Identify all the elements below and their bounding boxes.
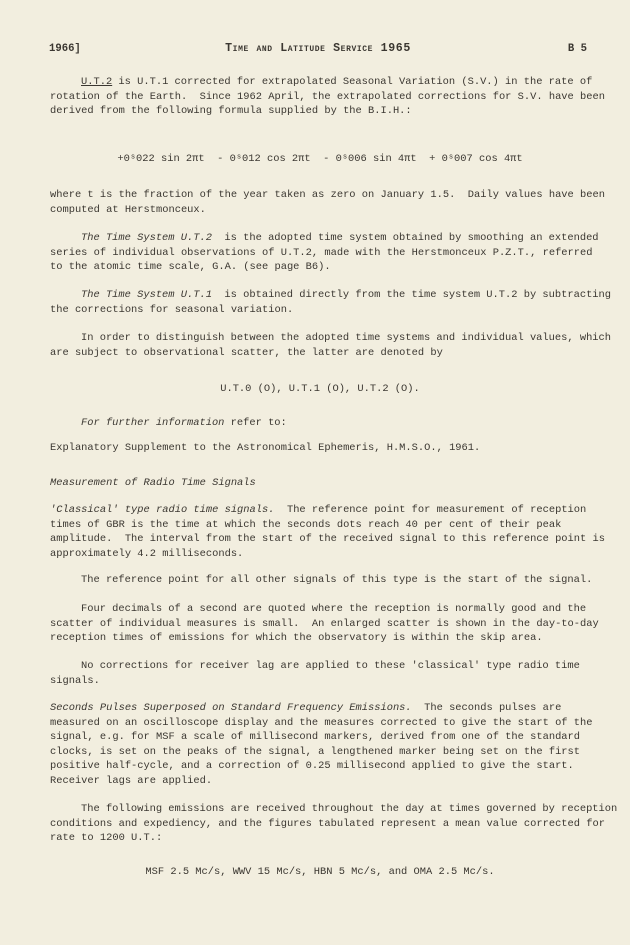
emissions-list: MSF 2.5 Mc/s, WWV 15 Mc/s, HBN 5 Mc/s, a…	[50, 865, 590, 880]
text-line: series of individual observations of U.T…	[50, 246, 590, 261]
notation-text: U.T.0 (O), U.T.1 (O), U.T.2 (O).	[50, 382, 590, 397]
text-line: is the adopted time system obtained by s…	[212, 232, 599, 244]
header-title: Time and Latitude Service 1965	[49, 42, 587, 55]
text-line: approximately 4.2 milliseconds.	[50, 547, 590, 562]
text-line: are subject to observational scatter, th…	[50, 346, 590, 361]
following-emissions-paragraph: The following emissions are received thr…	[50, 802, 590, 846]
text-line: times of GBR is the time at which the se…	[50, 518, 590, 533]
text-line: amplitude. The interval from the start o…	[50, 532, 590, 547]
text-line: Four decimals of a second are quoted whe…	[50, 602, 590, 617]
text-line: is U.T.1 corrected for extrapolated Seas…	[112, 76, 592, 88]
text-line: to the atomic time scale, G.A. (see page…	[50, 260, 590, 275]
text-line: In order to distinguish between the adop…	[50, 331, 590, 346]
reference-citation: Explanatory Supplement to the Astronomic…	[50, 441, 590, 456]
time-system-ut1-paragraph: The Time System U.T.1 is obtained direct…	[50, 288, 590, 317]
text-line: signal, e.g. for MSF a scale of millisec…	[50, 730, 590, 745]
text-line: clocks, is set on the peaks of the signa…	[50, 745, 590, 760]
text-line: The reference point for all other signal…	[50, 573, 590, 588]
time-system-ut1-title: The Time System U.T.1	[81, 289, 212, 301]
text-line: The following emissions are received thr…	[50, 802, 590, 817]
header-page-number: B 5	[568, 43, 587, 55]
classical-signals-paragraph: 'Classical' type radio time signals. The…	[50, 503, 590, 561]
text-line: derived from the following formula suppl…	[50, 104, 590, 119]
further-information: For further information refer to:	[50, 416, 590, 431]
ut2-term: U.T.2	[81, 76, 112, 88]
text-line: scatter of individual measures is small.…	[50, 617, 590, 632]
formula-text: +0ˢ022 sin 2πt - 0ˢ012 cos 2πt - 0ˢ006 s…	[50, 152, 590, 167]
section-heading-text: Measurement of Radio Time Signals	[50, 476, 590, 491]
ut2-paragraph: U.T.2 is U.T.1 corrected for extrapolate…	[50, 75, 590, 119]
running-header: 1966] Time and Latitude Service 1965 B 5	[49, 43, 587, 57]
sv-formula: +0ˢ022 sin 2πt - 0ˢ012 cos 2πt - 0ˢ006 s…	[50, 152, 590, 167]
text-line: rotation of the Earth. Since 1962 April,…	[50, 90, 590, 105]
text-line: Receiver lags are applied.	[50, 774, 590, 789]
text-line: rate to 1200 U.T.:	[50, 831, 590, 846]
text-line: computed at Herstmonceux.	[50, 203, 590, 218]
citation-text: Explanatory Supplement to the Astronomic…	[50, 441, 590, 456]
text-line: the corrections for seasonal variation.	[50, 303, 590, 318]
text-line: No corrections for receiver lag are appl…	[50, 659, 590, 674]
text-line: The seconds pulses are	[412, 702, 562, 714]
time-system-ut2-paragraph: The Time System U.T.2 is the adopted tim…	[50, 231, 590, 275]
distinguish-paragraph: In order to distinguish between the adop…	[50, 331, 590, 360]
time-system-ut2-title: The Time System U.T.2	[81, 232, 212, 244]
reference-point-paragraph: The reference point for all other signal…	[50, 573, 590, 588]
document-page: 1966] Time and Latitude Service 1965 B 5…	[0, 0, 630, 945]
emissions-text: MSF 2.5 Mc/s, WWV 15 Mc/s, HBN 5 Mc/s, a…	[50, 865, 590, 880]
no-corrections-paragraph: No corrections for receiver lag are appl…	[50, 659, 590, 688]
text-line: refer to:	[224, 417, 286, 429]
text-line: The reference point for measurement of r…	[274, 504, 586, 516]
text-line: reception times of emissions for which t…	[50, 631, 590, 646]
section-heading: Measurement of Radio Time Signals	[50, 476, 590, 491]
notation-line: U.T.0 (O), U.T.1 (O), U.T.2 (O).	[50, 382, 590, 397]
classical-title: 'Classical' type radio time signals.	[50, 504, 274, 516]
seconds-pulses-title: Seconds Pulses Superposed on Standard Fr…	[50, 702, 412, 714]
seconds-pulses-paragraph: Seconds Pulses Superposed on Standard Fr…	[50, 701, 590, 789]
text-line: where t is the fraction of the year take…	[50, 188, 590, 203]
text-line: positive half-cycle, and a correction of…	[50, 759, 590, 774]
further-info-label: For further information	[81, 417, 224, 429]
text-line: measured on an oscilloscope display and …	[50, 716, 590, 731]
text-line: signals.	[50, 674, 590, 689]
where-paragraph: where t is the fraction of the year take…	[50, 188, 590, 217]
four-decimals-paragraph: Four decimals of a second are quoted whe…	[50, 602, 590, 646]
text-line: is obtained directly from the time syste…	[212, 289, 611, 301]
text-line: conditions and expediency, and the figur…	[50, 817, 590, 832]
